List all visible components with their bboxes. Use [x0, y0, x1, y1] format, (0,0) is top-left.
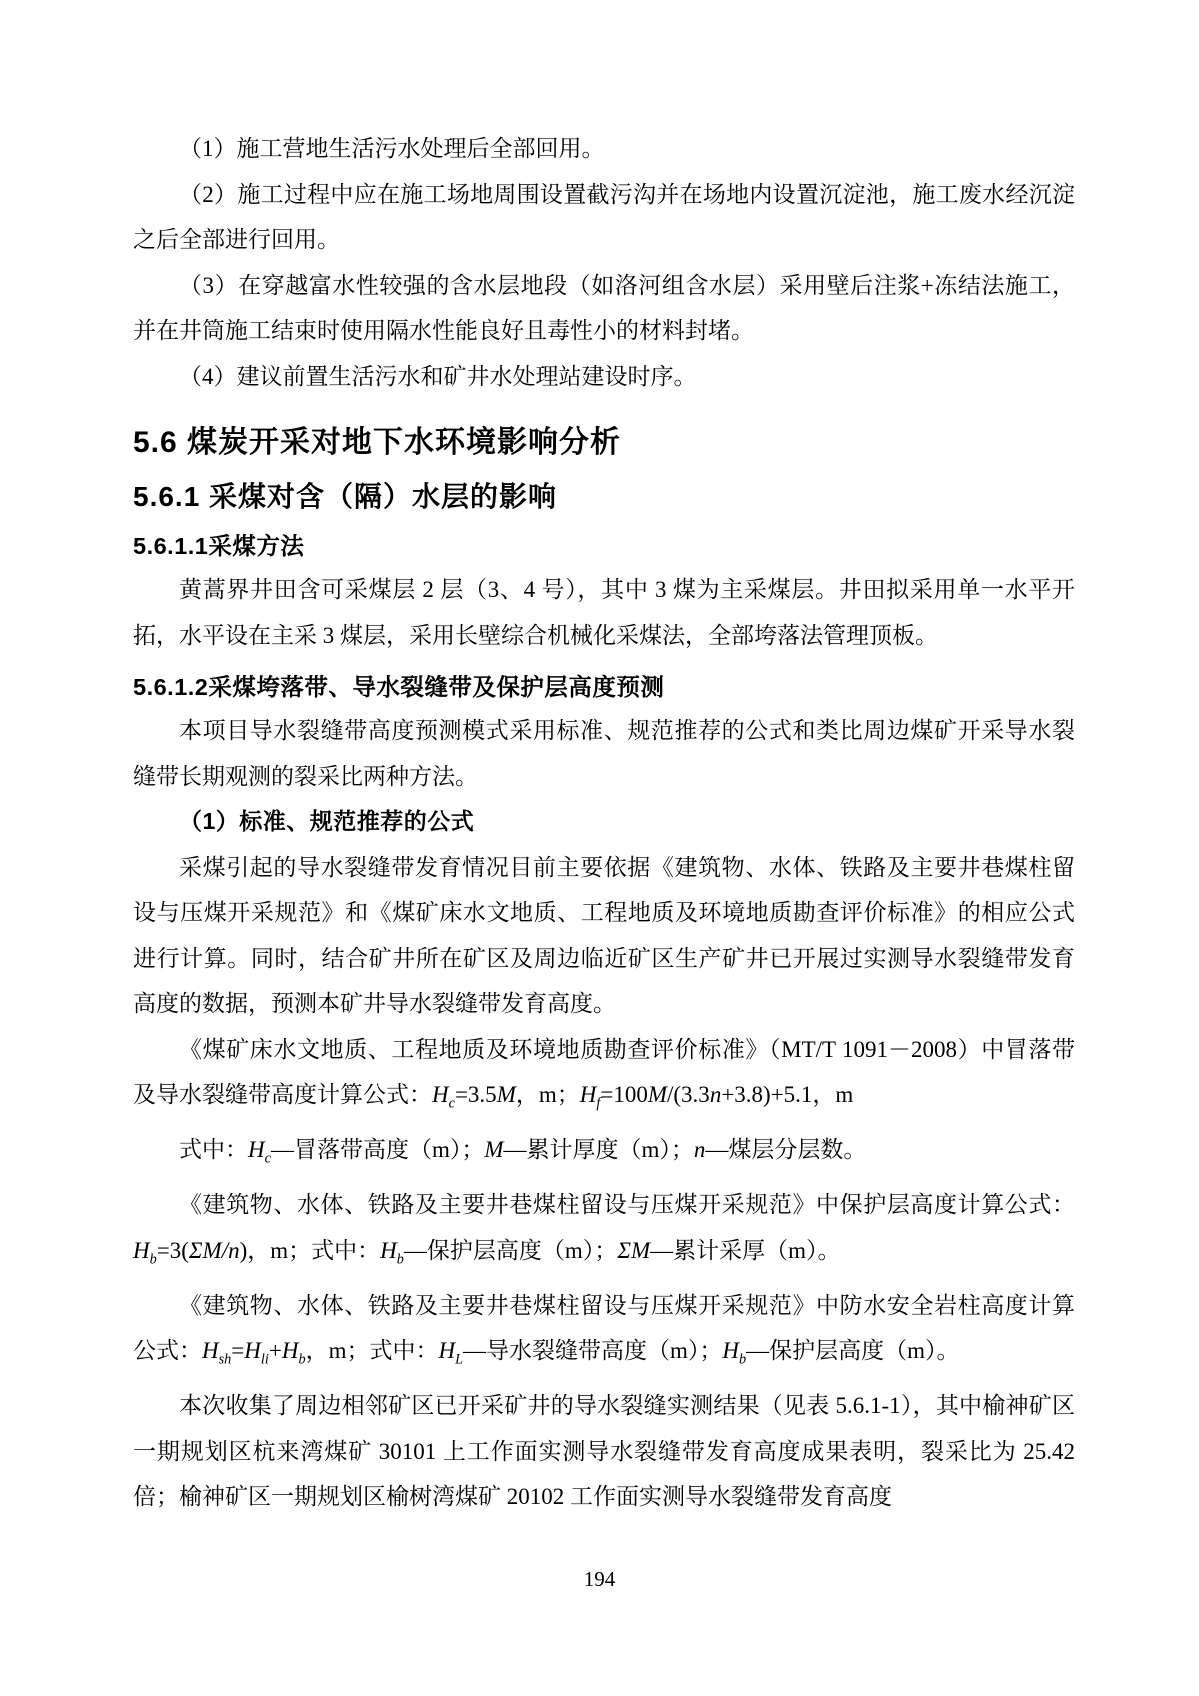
- heading-section-5-6: 5.6 煤炭开采对地下水环境影响分析: [133, 417, 1075, 461]
- heading-section-5-6-1-1: 5.6.1.1采煤方法: [133, 527, 1075, 561]
- paragraph-wastewater-item-4: （4）建议前置生活污水和矿井水处理站建设时序。: [133, 354, 1075, 400]
- paragraph-prediction-methods: 本项目导水裂缝带高度预测模式采用标准、规范推荐的公式和类比周边煤矿开采导水裂缝带…: [133, 708, 1075, 799]
- heading-section-5-6-1: 5.6.1 采煤对含（隔）水层的影响: [133, 475, 1075, 515]
- paragraph-formula-symbols: 式中：Hc—冒落带高度（m）；M—累计厚度（m）；n—煤层分层数。: [133, 1127, 1075, 1182]
- heading-section-5-6-1-2: 5.6.1.2采煤垮落带、导水裂缝带及保护层高度预测: [133, 668, 1075, 702]
- paragraph-formula-protective-layer: 《建筑物、水体、铁路及主要井巷煤柱留设与压煤开采规范》中保护层高度计算公式：Hb…: [133, 1182, 1075, 1283]
- paragraph-formula-waterproof-pillar: 《建筑物、水体、铁路及主要井巷煤柱留设与压煤开采规范》中防水安全岩柱高度计算公式…: [133, 1283, 1075, 1384]
- paragraph-wastewater-item-1: （1）施工营地生活污水处理后全部回用。: [133, 126, 1075, 172]
- paragraph-mining-method: 黄蒿界井田含可采煤层 2 层（3、4 号），其中 3 煤为主采煤层。井田拟采用单…: [133, 567, 1075, 658]
- page-number: 194: [0, 1567, 1199, 1592]
- paragraph-formula-mtt-1091: 《煤矿床水文地质、工程地质及环境地质勘查评价标准》（MT/T 1091－2008…: [133, 1027, 1075, 1128]
- document-content: （1）施工营地生活污水处理后全部回用。 （2）施工过程中应在施工场地周围设置截污…: [133, 126, 1075, 1520]
- paragraph-formula-basis: 采煤引起的导水裂缝带发育情况目前主要依据《建筑物、水体、铁路及主要井巷煤柱留设与…: [133, 845, 1075, 1027]
- subheading-standard-formula: （1）标准、规范推荐的公式: [133, 799, 1075, 845]
- document-page: （1）施工营地生活污水处理后全部回用。 （2）施工过程中应在施工场地周围设置截污…: [0, 0, 1199, 1696]
- paragraph-measured-results: 本次收集了周边相邻矿区已开采矿井的导水裂缝实测结果（见表 5.6.1-1），其中…: [133, 1383, 1075, 1520]
- paragraph-wastewater-item-2: （2）施工过程中应在施工场地周围设置截污沟并在场地内设置沉淀池，施工废水经沉淀之…: [133, 172, 1075, 263]
- paragraph-wastewater-item-3: （3）在穿越富水性较强的含水层地段（如洛河组含水层）采用壁后注浆+冻结法施工，并…: [133, 263, 1075, 354]
